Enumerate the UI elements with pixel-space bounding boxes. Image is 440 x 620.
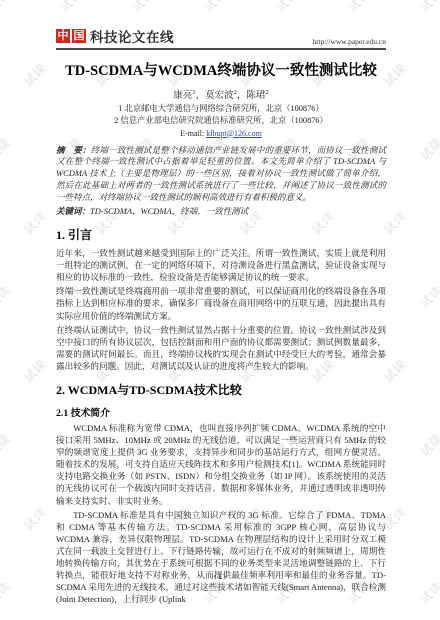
- abstract-block: 摘 要：终端一致性测试是整个移动通信产业链发展中的重要环节，而协议一致性测试又在…: [56, 145, 386, 205]
- keywords-label: 关键词：: [56, 206, 90, 216]
- paper-page: 试读试读试读试读试读试读试读试读试读试读试读试读试读试读试读试读试读试读试读试读…: [0, 0, 440, 620]
- paper-title: TD-SCDMA与WCDMA终端协议一致性测试比较: [56, 63, 386, 80]
- email-link[interactable]: klbupt@126.com: [206, 129, 262, 138]
- section-1-paragraph: 近年来，一致性测试越来越受到国际上的广泛关注。所谓一致性测试，实质上就是利用一组…: [56, 247, 386, 283]
- keywords-text: TD-SCDMA，WCDMA，终端，一致性测试: [90, 206, 248, 216]
- author-separator: ，: [196, 91, 206, 101]
- author-name: 莫宏波: [205, 91, 234, 101]
- affiliation-line: 1 北京邮电大学通信与网络综合研究所，北京（100876）: [56, 104, 386, 114]
- section-2-heading: 2. WCDMA与TD-SCDMA技术比较: [56, 381, 386, 398]
- section-2-paragraph: WCDMA 标准称为宽带 CDMA，也叫直接序列扩频 CDMA。WCDMA 系统…: [56, 422, 386, 507]
- affiliation-line: 2 信息产业部电信研究院通信标准研究所，北京（100876）: [56, 116, 386, 126]
- site-logo: 中 国 科技论文在线: [56, 26, 174, 46]
- abstract-label: 摘 要：: [56, 145, 91, 155]
- logo-text: 科技论文在线: [90, 26, 174, 46]
- author-affiliation-mark: 2: [265, 89, 268, 96]
- section-1-heading: 1. 引言: [56, 226, 386, 243]
- section-1-paragraph: 终端一致性测试是终端商用前一项非常重要的测试，可以保证商用化的终端设备在各项指标…: [56, 285, 386, 321]
- logo-block-icon: 中: [56, 29, 70, 43]
- site-url-link[interactable]: http://www.paper.edu.cn: [313, 37, 386, 46]
- author-name: 陈珺: [246, 91, 265, 101]
- email-line: E-mail: klbupt@126.com: [56, 129, 386, 138]
- author-name: 康亮: [173, 91, 192, 101]
- logo-block-icon: 国: [72, 29, 86, 43]
- author-line: 康亮1，莫宏波2，陈珺2: [56, 87, 386, 101]
- abstract-text: 终端一致性测试是整个移动通信产业链发展中的重要环节，而协议一致性测试又在整个终端…: [56, 145, 386, 203]
- email-label: E-mail:: [180, 129, 204, 138]
- page-header: 中 国 科技论文在线 http://www.paper.edu.cn: [56, 26, 386, 50]
- section-2-1-heading: 2.1 技术简介: [56, 405, 386, 419]
- author-separator: ，: [237, 91, 247, 101]
- page-content: 中 国 科技论文在线 http://www.paper.edu.cn TD-SC…: [0, 0, 440, 605]
- page-number: - 1 -: [0, 572, 440, 581]
- section-2-paragraph: TD-SCDMA 标准是具有中国独立知识产权的 3G 标准。它综合了 FDMA、…: [56, 509, 386, 606]
- section-1-paragraph: 在终端认证测试中，协议一致性测试显然占据十分重要的位置。协议一致性测试涉及到空中…: [56, 324, 386, 372]
- keywords-line: 关键词：TD-SCDMA，WCDMA，终端，一致性测试: [56, 205, 386, 217]
